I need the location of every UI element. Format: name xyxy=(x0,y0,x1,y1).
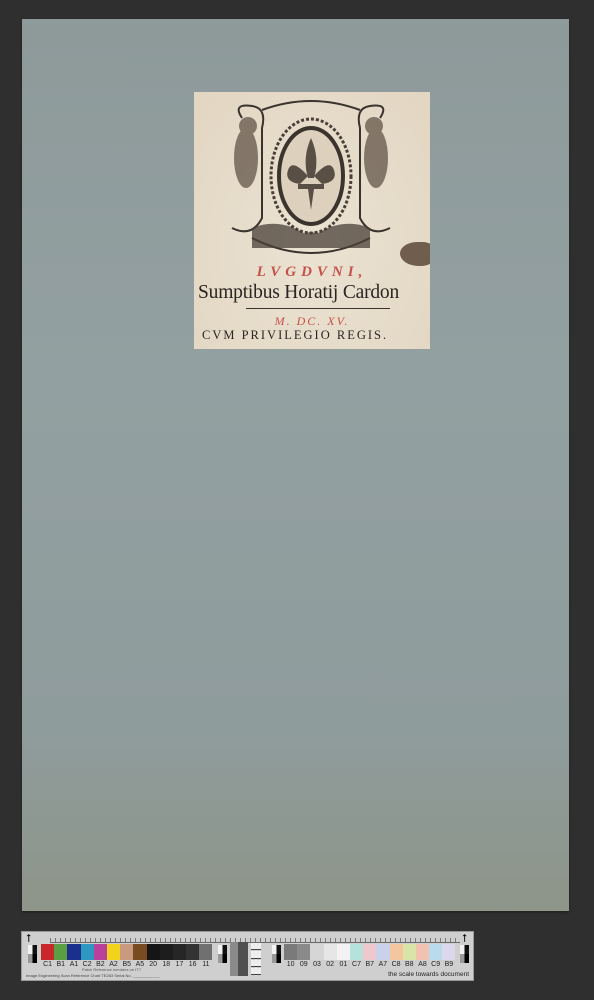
gray-mini-patches xyxy=(251,943,261,975)
color-swatch xyxy=(442,944,455,960)
color-swatch xyxy=(133,944,146,960)
contrast-tile xyxy=(272,954,281,963)
swatch-label: 11 xyxy=(199,961,212,968)
color-swatch xyxy=(107,944,120,960)
color-swatch xyxy=(81,944,94,960)
color-swatch xyxy=(403,944,416,960)
swatch-label: C9 xyxy=(429,961,442,968)
swatch-label: B7 xyxy=(363,961,376,968)
title-page-fragment: LVGDVNI, Sumptibus Horatij Cardon M. DC.… xyxy=(194,92,430,349)
color-swatch xyxy=(54,944,67,960)
color-swatch xyxy=(173,944,186,960)
contrast-tile xyxy=(218,954,227,963)
swatch-label: A1 xyxy=(67,961,80,968)
right-swatch-labels: 1009030201C7B7A7C8B8A8C9B9 xyxy=(284,961,455,968)
color-swatch xyxy=(186,944,199,960)
gray-mounting-board: LVGDVNI, Sumptibus Horatij Cardon M. DC.… xyxy=(22,19,569,911)
gray-step-panel xyxy=(230,942,248,976)
swatch-label: 01 xyxy=(337,961,350,968)
swatch-label: A8 xyxy=(416,961,429,968)
right-color-swatches xyxy=(284,944,455,960)
color-swatch xyxy=(160,944,173,960)
contrast-tile xyxy=(460,945,469,954)
chart-footer: Image Engineering Scan Reference Chart T… xyxy=(26,973,160,978)
color-swatch xyxy=(337,944,350,960)
swatch-label: C8 xyxy=(390,961,403,968)
swatch-label: 03 xyxy=(310,961,323,968)
contrast-tile xyxy=(218,945,227,954)
patch-note: Patch Reference numbers on ITT xyxy=(82,967,141,972)
swatch-label: A7 xyxy=(376,961,389,968)
contrast-tile xyxy=(28,954,37,963)
swatch-label: 10 xyxy=(284,961,297,968)
color-swatch xyxy=(324,944,337,960)
swatch-label: 18 xyxy=(160,961,173,968)
color-swatch xyxy=(41,944,54,960)
contrast-tile xyxy=(460,954,469,963)
color-swatch xyxy=(416,944,429,960)
swatch-label: C7 xyxy=(350,961,363,968)
color-swatch xyxy=(94,944,107,960)
color-swatch xyxy=(310,944,323,960)
color-swatch xyxy=(284,944,297,960)
color-swatch xyxy=(363,944,376,960)
privilege-line: CVM PRIVILEGIO REGIS. xyxy=(202,328,430,343)
divider-rule xyxy=(246,308,390,309)
swatch-label: 09 xyxy=(297,961,310,968)
swatch-label: 16 xyxy=(186,961,199,968)
color-swatch xyxy=(376,944,389,960)
ink-stain xyxy=(400,242,430,266)
swatch-label: C1 xyxy=(41,961,54,968)
swatch-label: 20 xyxy=(147,961,160,968)
left-color-swatches xyxy=(41,944,212,960)
swatch-label: B1 xyxy=(54,961,67,968)
city-imprint: LVGDVNI, xyxy=(194,264,430,281)
measurement-ruler xyxy=(50,934,460,943)
printer-imprint: Sumptibus Horatij Cardon xyxy=(198,282,430,304)
color-calibration-target: ⭡ ⭡ C1B1A1C2B2A2B5A52018171611 100903020… xyxy=(21,931,474,981)
swatch-label: 17 xyxy=(173,961,186,968)
color-swatch xyxy=(390,944,403,960)
color-swatch xyxy=(350,944,363,960)
fleur-de-lis-ornament-icon xyxy=(222,98,400,258)
color-swatch xyxy=(297,944,310,960)
contrast-tile xyxy=(272,945,281,954)
color-swatch xyxy=(199,944,212,960)
color-swatch xyxy=(429,944,442,960)
color-swatch xyxy=(147,944,160,960)
color-swatch xyxy=(67,944,80,960)
up-arrow-icon: ⭡ xyxy=(462,934,467,944)
swatch-label: B8 xyxy=(403,961,416,968)
swatch-label: 02 xyxy=(324,961,337,968)
color-swatch xyxy=(120,944,133,960)
swatch-label: B9 xyxy=(442,961,455,968)
up-arrow-icon: ⭡ xyxy=(26,934,31,944)
contrast-tile xyxy=(28,945,37,954)
scale-note: the scale towards document xyxy=(388,971,469,978)
year-imprint: M. DC. XV. xyxy=(194,314,430,329)
